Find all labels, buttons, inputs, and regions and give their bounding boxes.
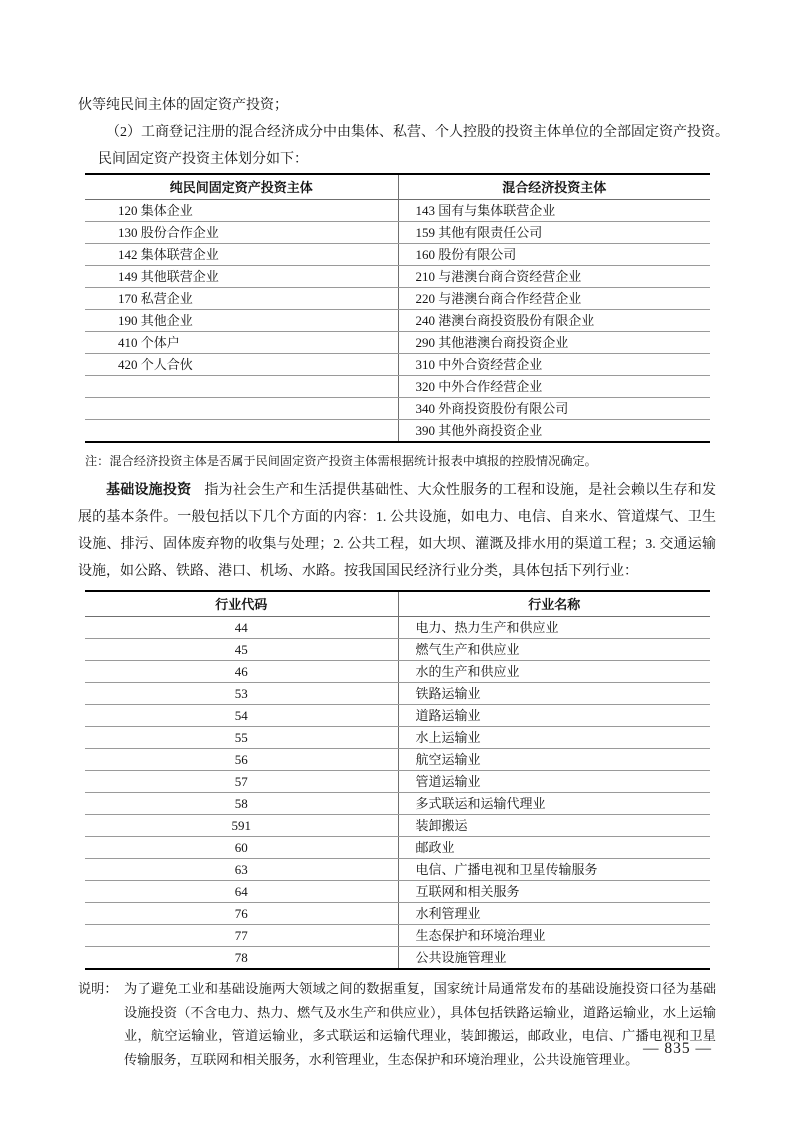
table-cell: 220 与港澳台商合作经营企业 (398, 288, 710, 310)
table-cell: 道路运输业 (398, 705, 710, 727)
table-cell: 54 (85, 705, 398, 727)
table-row: 53铁路运输业 (85, 683, 710, 705)
table-cell: 60 (85, 837, 398, 859)
table-cell: 410 个体户 (85, 332, 398, 354)
table-cell: 电信、广播电视和卫星传输服务 (398, 859, 710, 881)
table-cell: 76 (85, 903, 398, 925)
table-row: 44电力、热力生产和供应业 (85, 617, 710, 639)
table-cell: 78 (85, 947, 398, 970)
definition-paragraph: 基础设施投资指为社会生产和生活提供基础性、大众性服务的工程和设施，是社会赖以生存… (78, 477, 716, 585)
header-row: 纯民间固定资产投资主体混合经济投资主体 (85, 174, 710, 200)
table-row: 410 个体户290 其他港澳台商投资企业 (85, 332, 710, 354)
table-row: 78公共设施管理业 (85, 947, 710, 970)
table-cell: 320 中外合作经营企业 (398, 376, 710, 398)
table-cell: 120 集体企业 (85, 200, 398, 222)
table-row: 54道路运输业 (85, 705, 710, 727)
table-row: 390 其他外商投资企业 (85, 420, 710, 443)
table-row: 76水利管理业 (85, 903, 710, 925)
table-cell: 邮政业 (398, 837, 710, 859)
table-cell: 210 与港澳台商合资经营企业 (398, 266, 710, 288)
table-row: 64互联网和相关服务 (85, 881, 710, 903)
column-header: 行业代码 (85, 591, 398, 617)
definition-term: 基础设施投资 (106, 483, 191, 498)
table-cell: 170 私营企业 (85, 288, 398, 310)
table-row: 149 其他联营企业210 与港澳台商合资经营企业 (85, 266, 710, 288)
table-cell: 190 其他企业 (85, 310, 398, 332)
table-row: 57管道运输业 (85, 771, 710, 793)
table-cell: 多式联运和运输代理业 (398, 793, 710, 815)
table-cell: 142 集体联营企业 (85, 244, 398, 266)
table-cell: 水利管理业 (398, 903, 710, 925)
table-row: 120 集体企业143 国有与集体联营企业 (85, 200, 710, 222)
table-cell (85, 376, 398, 398)
table-row: 63电信、广播电视和卫星传输服务 (85, 859, 710, 881)
table-cell: 生态保护和环境治理业 (398, 925, 710, 947)
table-cell: 水上运输业 (398, 727, 710, 749)
table-row: 55水上运输业 (85, 727, 710, 749)
table-row: 46水的生产和供应业 (85, 661, 710, 683)
table-row: 591装卸搬运 (85, 815, 710, 837)
table-cell: 铁路运输业 (398, 683, 710, 705)
table-cell: 电力、热力生产和供应业 (398, 617, 710, 639)
table-row: 130 股份合作企业159 其他有限责任公司 (85, 222, 710, 244)
table-cell: 290 其他港澳台商投资企业 (398, 332, 710, 354)
table-cell: 管道运输业 (398, 771, 710, 793)
table-cell: 420 个人合伙 (85, 354, 398, 376)
table-row: 77生态保护和环境治理业 (85, 925, 710, 947)
table-cell: 240 港澳台商投资股份有限企业 (398, 310, 710, 332)
table1-intro-text: 民间固定资产投资主体划分如下： (78, 146, 716, 173)
table-cell: 53 (85, 683, 398, 705)
table-cell: 130 股份合作企业 (85, 222, 398, 244)
table-cell: 390 其他外商投资企业 (398, 420, 710, 443)
table-cell: 591 (85, 815, 398, 837)
table1-note: 注：混合经济投资主体是否属于民间固定资产投资主体需根据统计报表中填报的控股情况确… (85, 452, 716, 470)
top-margin (78, 0, 716, 92)
remark-body: 为了避免工业和基础设施两大领域之间的数据重复，国家统计局通常发布的基础设施投资口… (124, 981, 716, 1067)
table-cell (85, 398, 398, 420)
column-header: 纯民间固定资产投资主体 (85, 174, 398, 200)
table-cell: 149 其他联营企业 (85, 266, 398, 288)
table-row: 170 私营企业220 与港澳台商合作经营企业 (85, 288, 710, 310)
table-cell: 航空运输业 (398, 749, 710, 771)
column-header: 混合经济投资主体 (398, 174, 710, 200)
table-row: 420 个人合伙310 中外合资经营企业 (85, 354, 710, 376)
table-cell: 燃气生产和供应业 (398, 639, 710, 661)
table-row: 56航空运输业 (85, 749, 710, 771)
table-cell: 58 (85, 793, 398, 815)
table-row: 142 集体联营企业160 股份有限公司 (85, 244, 710, 266)
continuation-text: 伙等纯民间主体的固定资产投资； (78, 92, 716, 119)
table-cell: 55 (85, 727, 398, 749)
table-cell: 64 (85, 881, 398, 903)
table-row: 60邮政业 (85, 837, 710, 859)
table-cell: 160 股份有限公司 (398, 244, 710, 266)
table-cell: 159 其他有限责任公司 (398, 222, 710, 244)
table-cell: 装卸搬运 (398, 815, 710, 837)
page-number: — 835 — (643, 1040, 712, 1058)
table-cell: 互联网和相关服务 (398, 881, 710, 903)
table-cell: 310 中外合资经营企业 (398, 354, 710, 376)
table-cell: 77 (85, 925, 398, 947)
table-cell: 143 国有与集体联营企业 (398, 200, 710, 222)
table-row: 320 中外合作经营企业 (85, 376, 710, 398)
table-cell: 公共设施管理业 (398, 947, 710, 970)
table-cell: 63 (85, 859, 398, 881)
page-content: 伙等纯民间主体的固定资产投资； （2）工商登记注册的混合经济成分中由集体、私营、… (78, 0, 716, 1084)
table-row: 45燃气生产和供应业 (85, 639, 710, 661)
table-cell: 340 外商投资股份有限公司 (398, 398, 710, 420)
header-row: 行业代码行业名称 (85, 591, 710, 617)
remark-label: 说明： (78, 977, 118, 1001)
remark: 说明：为了避免工业和基础设施两大领域之间的数据重复，国家统计局通常发布的基础设施… (78, 977, 716, 1071)
table-cell: 46 (85, 661, 398, 683)
table-cell (85, 420, 398, 443)
private-investment-subjects-table: 纯民间固定资产投资主体混合经济投资主体120 集体企业143 国有与集体联营企业… (85, 173, 710, 443)
table-row: 190 其他企业240 港澳台商投资股份有限企业 (85, 310, 710, 332)
infrastructure-industries-table: 行业代码行业名称44电力、热力生产和供应业45燃气生产和供应业46水的生产和供应… (85, 590, 710, 970)
table-row: 340 外商投资股份有限公司 (85, 398, 710, 420)
table-cell: 45 (85, 639, 398, 661)
column-header: 行业名称 (398, 591, 710, 617)
item-2-paragraph: （2）工商登记注册的混合经济成分中由集体、私营、个人控股的投资主体单位的全部固定… (78, 119, 716, 146)
table-cell: 56 (85, 749, 398, 771)
table-cell: 44 (85, 617, 398, 639)
table-cell: 57 (85, 771, 398, 793)
table-cell: 水的生产和供应业 (398, 661, 710, 683)
table-row: 58多式联运和运输代理业 (85, 793, 710, 815)
